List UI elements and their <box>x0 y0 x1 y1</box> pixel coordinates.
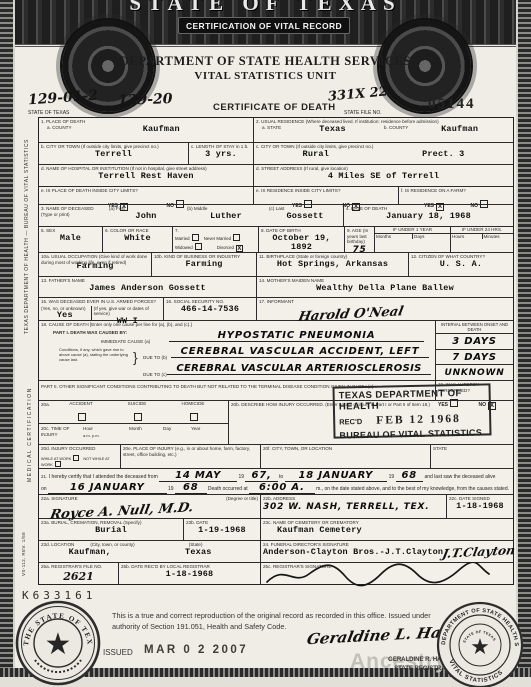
ssn-value: 466-14-7536 <box>166 305 254 314</box>
month-label: Month <box>129 426 142 432</box>
row-city-stay: b. CITY OR TOWN (If outside city limits,… <box>39 142 513 164</box>
row-parents: 13. FATHER'S NAME James Anderson Gossett… <box>39 276 513 297</box>
disposition-type-cell: 23a. BURIAL, CREMATION, REMOVAL (Specify… <box>39 519 184 540</box>
part1-label: PART I. DEATH WAS CAUSED BY: <box>53 330 127 336</box>
row-occupation: 10a. USUAL OCCUPATION (Give kind of work… <box>39 252 513 276</box>
attended-from-year: 67, <box>245 470 277 482</box>
bureau-vertical-label: TEXAS DEPARTMENT OF HEALTH — BUREAU OF V… <box>24 122 30 334</box>
registrar-date-value: 1-18-1968 <box>121 570 258 579</box>
row-cause-of-death: 18. CAUSE OF DEATH [Enter only one cause… <box>39 320 513 380</box>
residence-state-label: a. STATE <box>262 125 281 131</box>
physician-address-cell: 22b. ADDRESS 302 W. NASH, TERRELL, TEX. <box>261 495 447 518</box>
issued-date-stamp: MAR 0 2 2007 <box>144 644 248 656</box>
time-of-injury-label: 20c. TIME OF INJURY <box>41 426 75 437</box>
interval-c-value: UNKNOWN <box>444 368 504 378</box>
residence-city-cell: c. CITY OR TOWN (If outside city limits,… <box>254 143 513 164</box>
location-state-value: Texas <box>139 548 258 557</box>
date-signed-value: 1-18-1968 <box>449 502 511 511</box>
homicide-label: HOMICIDE <box>165 401 221 407</box>
interval-c-cell: UNKNOWN <box>436 364 513 380</box>
birthplace-cell: 11. BIRTHPLACE (State or foreign country… <box>257 253 409 276</box>
certification-of-vital-record-banner: CERTIFICATION OF VITAL RECORD <box>178 17 350 34</box>
certificate-title: CERTIFICATE OF DEATH <box>213 102 336 113</box>
interval-a-value: 3 DAYS <box>452 336 497 347</box>
residence-precinct-value: Prect. 3 <box>422 150 464 159</box>
homicide-checkbox <box>190 413 198 421</box>
name-of-deceased-cell: 3. NAME OF DECEASED (Type or print) <box>39 205 107 226</box>
stamp-date: FEB 12 1968 <box>376 413 461 427</box>
first-name-value: John <box>109 212 183 221</box>
if-under-24-hrs-cell: IF UNDER 24 HRS. Hours Minutes <box>451 227 513 252</box>
type-or-print-label: (Type or print) <box>41 212 105 218</box>
row-forces-ssn-informant: 15. WAS DECEASED EVER IN U.S. ARMED FORC… <box>39 297 513 320</box>
suicide-label: SUICIDE <box>109 401 165 407</box>
injury-state-label: STATE <box>433 446 511 452</box>
department-heading: DEPARTMENT OF STATE HEALTH SERVICES <box>0 54 531 69</box>
suicide-checkbox <box>134 413 142 421</box>
to-word: to <box>279 474 283 480</box>
county-value: Kaufman <box>72 125 251 134</box>
death-certificate-form: 1. PLACE OF DEATH a. COUNTY Kaufman 2. U… <box>38 117 514 585</box>
if-under-1-year-cell: IF UNDER 1 YEAR Months Days <box>375 227 451 252</box>
brace-glyph: } <box>133 349 138 365</box>
accident-checkbox <box>78 413 86 421</box>
armed-forces-label: 15. WAS DECEASED EVER IN U.S. ARMED FORC… <box>39 298 163 306</box>
handwritten-code-mid: 129-20 <box>118 91 173 109</box>
disposition-date-value: 1-19-1968 <box>186 526 258 535</box>
informant-cell: 17. INFORMANT Harold O'Neal <box>257 298 513 320</box>
hour-label: Hour <box>83 426 93 432</box>
place-of-injury-label: 20e. PLACE OF INJURY (e.g., in or about … <box>123 446 258 457</box>
street-address-cell: d. STREET ADDRESS (If rural, give locati… <box>254 165 513 186</box>
state-of-texas-banner: STATE OF TEXAS <box>0 0 531 16</box>
disposition-type-value: Burial <box>41 526 181 535</box>
manner-time-cell: 20a. ACCIDENT SUICIDE HOMICIDE 20c. TIME… <box>39 401 229 444</box>
stamp-recd-label: REC'D <box>339 417 362 426</box>
interval-a-cell: 3 DAYS <box>436 333 513 349</box>
attending-certification-cell: 21. I hereby certify that I attended the… <box>39 469 513 494</box>
armed-forces-cell: 15. WAS DECEASED EVER IN U.S. ARMED FORC… <box>39 298 164 320</box>
certificate-page: STATE OF TEXAS CERTIFICATION OF VITAL RE… <box>0 0 531 687</box>
date-signed-cell: 22c. DATE SIGNED 1-18-1968 <box>447 495 513 518</box>
last-seen-date: 16 JANUARY <box>48 482 167 494</box>
location-city-value: Kaufman, <box>41 548 139 557</box>
nineteen: 19 <box>389 474 395 480</box>
row-institution-street: d. NAME OF HOSPITAL OR INSTITUTION (If n… <box>39 164 513 186</box>
first-name-cell: (a) First John <box>107 205 185 226</box>
cause-line-c: CEREBRAL VASCULAR ARTERIOSCLEROSIS <box>167 363 431 375</box>
institution-cell: d. NAME OF HOSPITAL OR INSTITUTION (If n… <box>39 165 254 186</box>
industry-cell: 10b. KIND OF BUSINESS OR INDUSTRY Farmin… <box>152 253 257 276</box>
physician-signature-cell: 22a. SIGNATURE (Degree or title) Royce A… <box>39 495 261 518</box>
injury-occurred-cell: 20d. INJURY OCCURRED WHILE AT WORK NOT W… <box>39 445 121 468</box>
row-physician-signature: 22a. SIGNATURE (Degree or title) Royce A… <box>39 494 513 518</box>
date-of-death-value: January 18, 1968 <box>346 212 511 221</box>
unit-heading: VITAL STATISTICS UNIT <box>0 70 531 82</box>
birthplace-value: Hot Springs, Arkansas <box>259 260 406 269</box>
cemetery-cell: 23c. NAME OF CEMETERY OR CREMATORY Kaufm… <box>261 519 513 540</box>
registrar-file-cell: 25a. REGISTRAR'S FILE NO. 2621 <box>39 563 119 584</box>
sex-cell: 5. SEX Male <box>39 227 103 252</box>
received-stamp: TEXAS DEPARTMENT OF HEALTH REC'D FEB 12 … <box>332 383 491 438</box>
armed-forces-value: Yes <box>39 311 91 320</box>
year-label: Year <box>191 426 200 432</box>
months-label: Months <box>375 234 413 240</box>
signature-label: 22a. SIGNATURE <box>41 496 78 502</box>
interval-header: INTERVAL BETWEEN ONSET AND DEATH <box>436 321 513 333</box>
place-of-death-cell: 1. PLACE OF DEATH a. COUNTY Kaufman <box>39 118 254 142</box>
row-city-limits: e. IS PLACE OF DEATH INSIDE CITY LIMITS?… <box>39 186 513 204</box>
accident-label: ACCIDENT <box>53 401 109 407</box>
days-label: Days <box>413 234 450 240</box>
injury-state-cell: STATE <box>431 445 513 468</box>
injury-20a-label: 20a. <box>41 402 50 408</box>
sex-value: Male <box>41 234 100 243</box>
physician-address: 302 W. NASH, TERRELL, TEX. <box>263 502 444 512</box>
registrar-signature-cell: 25c. REGISTRAR'S SIGNATURE <box>261 563 513 584</box>
attended-to-date: 18 JANUARY <box>285 470 388 482</box>
residence-city-value: Rural <box>303 150 330 159</box>
race-value: White <box>105 234 170 243</box>
left-seal-star: ★ <box>45 628 72 661</box>
never-married-label: Never Married <box>204 236 231 241</box>
statement-line-2: authority of Section 191.051, Health and… <box>112 622 286 631</box>
residence-state-value: Texas <box>281 125 384 134</box>
cause-of-death-cell: 18. CAUSE OF DEATH [Enter only one cause… <box>39 321 436 380</box>
row-attending-certification: 21. I hereby certify that I attended the… <box>39 468 513 494</box>
immediate-cause-label: IMMEDIATE CAUSE (a) <box>101 339 150 345</box>
cause-of-death-label: 18. CAUSE OF DEATH [Enter only one cause… <box>41 322 433 328</box>
industry-value: Farming <box>154 260 254 269</box>
citizen-cell: 12. CITIZEN OF WHAT COUNTRY? U. S. A. <box>409 253 513 276</box>
cause-line-a: HYPOSTATIC PNEUMONIA <box>169 330 424 342</box>
mother-name-value: Wealthy Della Plane Ballew <box>259 284 511 293</box>
minutes-label: Minutes <box>483 234 514 240</box>
length-of-stay-cell: c. LENGTH OF STAY in 1 b. 3 yrs. <box>189 143 254 164</box>
not-at-work-checkbox <box>55 461 61 467</box>
ampm-label: a.m. p.m. <box>83 434 100 439</box>
residence-city-limits-cell: e. IS RESIDENCE INSIDE CITY LIMITS? YES … <box>254 187 399 204</box>
time-of-death: 6:00 A. <box>249 482 315 494</box>
place-of-injury-cell: 20e. PLACE OF INJURY (e.g., in or about … <box>121 445 261 468</box>
length-of-stay-value: 3 yrs. <box>191 150 251 159</box>
date-of-death-cell: 4. DATE OF DEATH January 18, 1968 <box>344 205 513 226</box>
registrar-signature-scrawl <box>263 562 493 588</box>
funeral-director-cell: 24. FUNERAL DIRECTOR'S SIGNATURE Anderso… <box>261 541 513 562</box>
form-revision-vertical-label: VS-112, REV. 1/58 <box>21 498 26 576</box>
institution-value: Terrell Rest Haven <box>41 172 251 181</box>
residence-county-value: Kaufman <box>408 125 511 134</box>
last-seen-year: 68 <box>175 482 207 494</box>
disposition-location-cell: 23d. LOCATION (City, town, or county) (S… <box>39 541 261 562</box>
disposition-date-cell: 23b. DATE 1-19-1968 <box>184 519 261 540</box>
never-married-checkbox <box>233 234 240 241</box>
state-file-number: 05144 <box>428 96 476 113</box>
usual-residence-cell: 2. USUAL RESIDENCE (Where deceased lived… <box>254 118 513 142</box>
county-label: a. COUNTY <box>47 125 72 131</box>
at-work-checkbox <box>73 455 79 461</box>
married-checkbox <box>192 234 199 241</box>
certify-text-4: m., on the date stated above, and to the… <box>316 486 509 492</box>
hours-label: Hours <box>451 234 483 240</box>
certify-text-2: and last saw the deceased alive <box>424 474 495 480</box>
widowed-label: Widowed <box>175 245 193 250</box>
state-file-no-label: STATE FILE NO. <box>344 110 382 116</box>
row-sex-race-age: 5. SEX Male 6. COLOR OR RACE White 7. Ma… <box>39 226 513 252</box>
widowed-checkbox <box>195 243 202 250</box>
funeral-director-signature: J.T.Clayton <box>442 543 517 561</box>
middle-name-value: Luther <box>187 212 265 221</box>
registrar-date-cell: 25b. DATE REC'D BY LOCAL REGISTRAR 1-18-… <box>119 563 261 584</box>
marital-status-cell: 7. Married Never Married Widowed Divorce… <box>173 227 259 252</box>
middle-name-cell: (b) Middle Luther <box>185 205 267 226</box>
stamp-agency-line: TEXAS DEPARTMENT OF HEALTH <box>339 387 485 412</box>
injury-occurred-label: 20d. INJURY OCCURRED <box>41 446 118 452</box>
on-word: on <box>41 486 47 492</box>
interval-b-cell: 7 DAYS <box>436 349 513 365</box>
interval-column: INTERVAL BETWEEN ONSET AND DEATH 3 DAYS … <box>436 321 513 380</box>
residence-farm-cell: f. IS RESIDENCE ON A FARM? YESX NO <box>399 187 513 204</box>
informant-label: 17. INFORMANT <box>259 299 511 305</box>
row-injury-place: 20d. INJURY OCCURRED WHILE AT WORK NOT W… <box>39 444 513 468</box>
last-name-value: Gossett <box>269 212 341 221</box>
health-services-seal: DEPARTMENT OF STATE HEALTH SERVICES VITA… <box>436 601 524 687</box>
divorced-checkbox: X <box>236 245 243 252</box>
death-city-limits-cell: e. IS PLACE OF DEATH INSIDE CITY LIMITS?… <box>39 187 254 204</box>
ssn-cell: 16. SOCIAL SECURITY NO. 466-14-7536 <box>164 298 257 320</box>
war-label: (If yes, give war or dates of service) <box>92 306 163 317</box>
issued-label: ISSUED <box>103 648 133 657</box>
attended-from-date: 14 MAY <box>159 470 237 482</box>
father-name-value: James Anderson Gossett <box>41 284 254 293</box>
checkmark: X <box>237 246 242 252</box>
death-city-value: Terrell <box>41 150 186 159</box>
age-cell: 9. AGE (In years last birthday) 75 <box>345 227 375 252</box>
citizen-value: U. S. A. <box>411 260 511 269</box>
medical-certification-vertical-label: MEDICAL CERTIFICATION <box>27 332 33 482</box>
day-label: Day <box>163 426 171 432</box>
attended-to-year: 68 <box>396 470 424 482</box>
nineteen: 19 <box>239 474 245 480</box>
death-city-cell: b. CITY OR TOWN (If outside city limits,… <box>39 143 189 164</box>
injury-city-label: 20f. CITY, TOWN, OR LOCATION <box>263 446 428 452</box>
row-place-residence: 1. PLACE OF DEATH a. COUNTY Kaufman 2. U… <box>39 118 513 142</box>
interval-b-value: 7 DAYS <box>452 352 497 363</box>
border-left-band <box>0 0 15 677</box>
last-name-cell: (c) Last Gossett <box>267 205 344 226</box>
occupation-cell: 10a. USUAL OCCUPATION (Give kind of work… <box>39 253 152 276</box>
injury-city-cell: 20f. CITY, TOWN, OR LOCATION <box>261 445 431 468</box>
due-to-b-label: DUE TO (b) <box>143 355 167 361</box>
item-21-number: 21. <box>41 474 47 479</box>
age-label: 9. AGE (In years last birthday) <box>347 228 372 245</box>
residence-county-label: b. COUNTY <box>384 125 409 131</box>
statement-line-1: This is a true and correct reproduction … <box>112 611 431 620</box>
date-of-birth-cell: 8. DATE OF BIRTH October 19, 1892 <box>259 227 345 252</box>
right-seal-star: ★ <box>470 634 490 659</box>
mother-name-cell: 14. MOTHER'S MAIDEN NAME Wealthy Della P… <box>257 277 513 297</box>
state-of-texas-seal: THE STATE OF TEXAS. ★ <box>15 600 101 686</box>
registrar-file-value: 2621 <box>41 570 116 583</box>
border-right-band <box>516 0 531 677</box>
conditions-note: Conditions, if any, which gave rise to a… <box>59 348 133 362</box>
married-label: Married <box>175 236 190 241</box>
row-disposition: 23a. BURIAL, CREMATION, REMOVAL (Specify… <box>39 518 513 540</box>
row-name-dod: 3. NAME OF DECEASED (Type or print) (a) … <box>39 204 513 226</box>
street-address-value: 4 Miles SE of Terrell <box>256 172 511 181</box>
certify-text-1: I hereby certify that I attended the dec… <box>49 474 158 480</box>
due-to-c-label: DUE TO (c) <box>143 372 167 378</box>
divorced-label: Divorced <box>217 245 234 250</box>
row-registrar: 25a. REGISTRAR'S FILE NO. 2621 25b. DATE… <box>39 562 513 584</box>
nineteen: 19 <box>168 486 174 492</box>
state-of-texas-label: STATE OF TEXAS <box>28 110 69 116</box>
cause-line-b: CEREBRAL VASCULAR ACCIDENT, LEFT <box>171 346 429 358</box>
cemetery-value: Kaufman Cemetery <box>263 526 511 535</box>
death-occurred-text: Death occurred at <box>208 486 248 492</box>
date-of-birth-value: October 19, 1892 <box>261 234 342 253</box>
row-location-director: 23d. LOCATION (City, town, or county) (S… <box>39 540 513 562</box>
race-cell: 6. COLOR OR RACE White <box>103 227 173 252</box>
father-name-cell: 13. FATHER'S NAME James Anderson Gossett <box>39 277 257 297</box>
